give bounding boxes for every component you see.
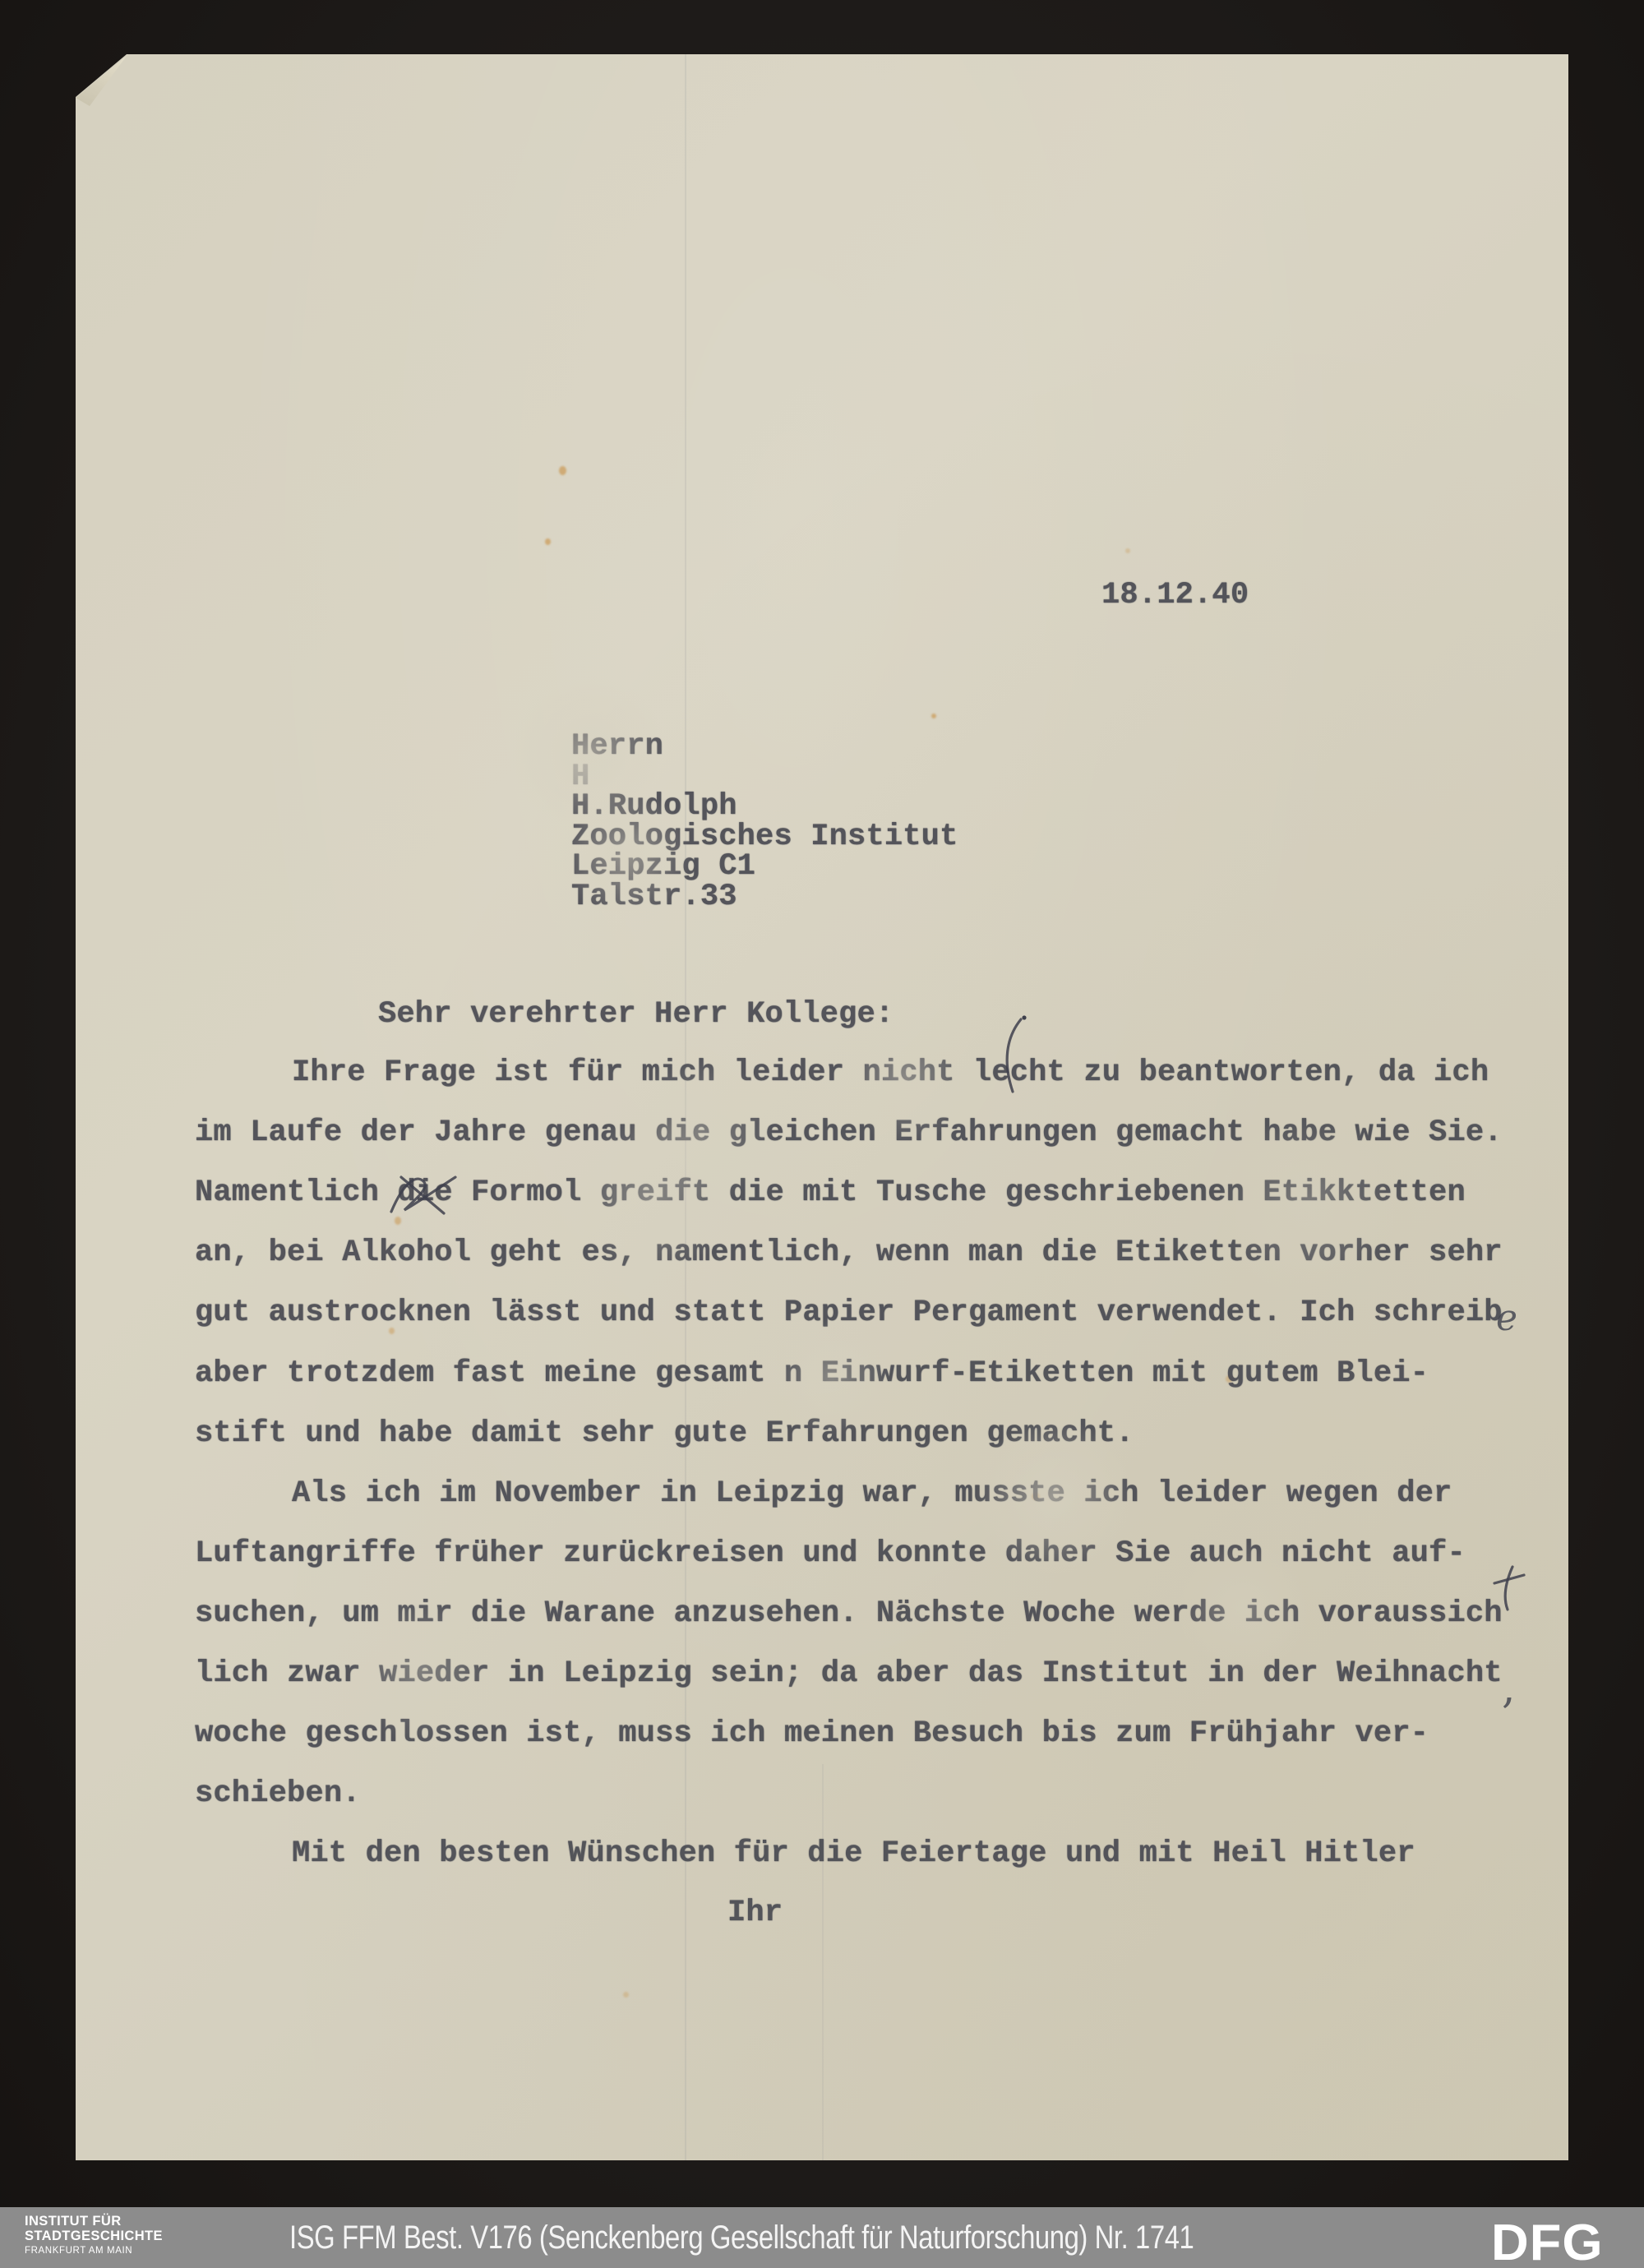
institute-logo-text: INSTITUT FÜR STADTGESCHICHTE FRANKFURT A…: [25, 2215, 163, 2256]
body-line: Namentlich die Formol greift die mit Tus…: [195, 1175, 1466, 1211]
archive-reference: ISG FFM Best. V176 (Senckenberg Gesellsc…: [289, 2219, 1194, 2256]
body-line: suchen, um mir die Warane anzusehen. Näc…: [195, 1596, 1503, 1632]
salutation: Sehr verehrter Herr Kollege:: [378, 996, 894, 1032]
body-line: an, bei Alkohol geht es, namentlich, wen…: [195, 1235, 1503, 1271]
institute-line-2: STADTGESCHICHTE: [25, 2229, 163, 2244]
institute-line-1: INSTITUT FÜR: [25, 2215, 163, 2229]
letter-text-layer: 18.12.40 HerrnHH.RudolphZoologisches Ins…: [76, 54, 1568, 2160]
body-line: stift und habe damit sehr gute Erfahrung…: [195, 1416, 1134, 1452]
letter-date: 18.12.40: [1101, 577, 1249, 613]
handwritten-margin-t: [1491, 1565, 1527, 1613]
body-line: lich zwar wieder in Leipzig sein; da abe…: [195, 1656, 1503, 1692]
institute-line-3: FRANKFURT AM MAIN: [25, 2246, 163, 2256]
archive-footer-bar: INSTITUT FÜR STADTGESCHICHTE FRANKFURT A…: [0, 2207, 1644, 2268]
handwritten-insert-i-mark: [996, 1014, 1031, 1097]
handwritten-margin-comma: ,: [1502, 1664, 1516, 1713]
body-line: schieben.: [195, 1776, 361, 1812]
body-line: woche geschlossen ist, muss ich meinen B…: [195, 1716, 1429, 1752]
recipient-line: Talstr.33: [571, 879, 737, 915]
body-line: Luftangriffe früher zurückreisen und kon…: [195, 1536, 1466, 1572]
body-line: Ihre Frage ist für mich leider nicht lec…: [195, 1055, 1489, 1091]
body-line: aber trotzdem fast meine gesamt n Einwur…: [195, 1356, 1429, 1392]
handwritten-margin-e: e: [1496, 1297, 1517, 1339]
letter-page: 18.12.40 HerrnHH.RudolphZoologisches Ins…: [76, 54, 1568, 2160]
body-line: Als ich im November in Leipzig war, muss…: [195, 1476, 1452, 1512]
dfg-logo: DFG: [1491, 2214, 1604, 2268]
handwritten-strikethrough-mark: [386, 1171, 462, 1222]
body-line: gut austrocknen lässt und statt Papier P…: [195, 1295, 1503, 1331]
body-line: Mit den besten Wünschen für die Feiertag…: [195, 1836, 1415, 1872]
closing: Ihr: [727, 1895, 783, 1931]
body-line: im Laufe der Jahre genau die gleichen Er…: [195, 1115, 1503, 1151]
